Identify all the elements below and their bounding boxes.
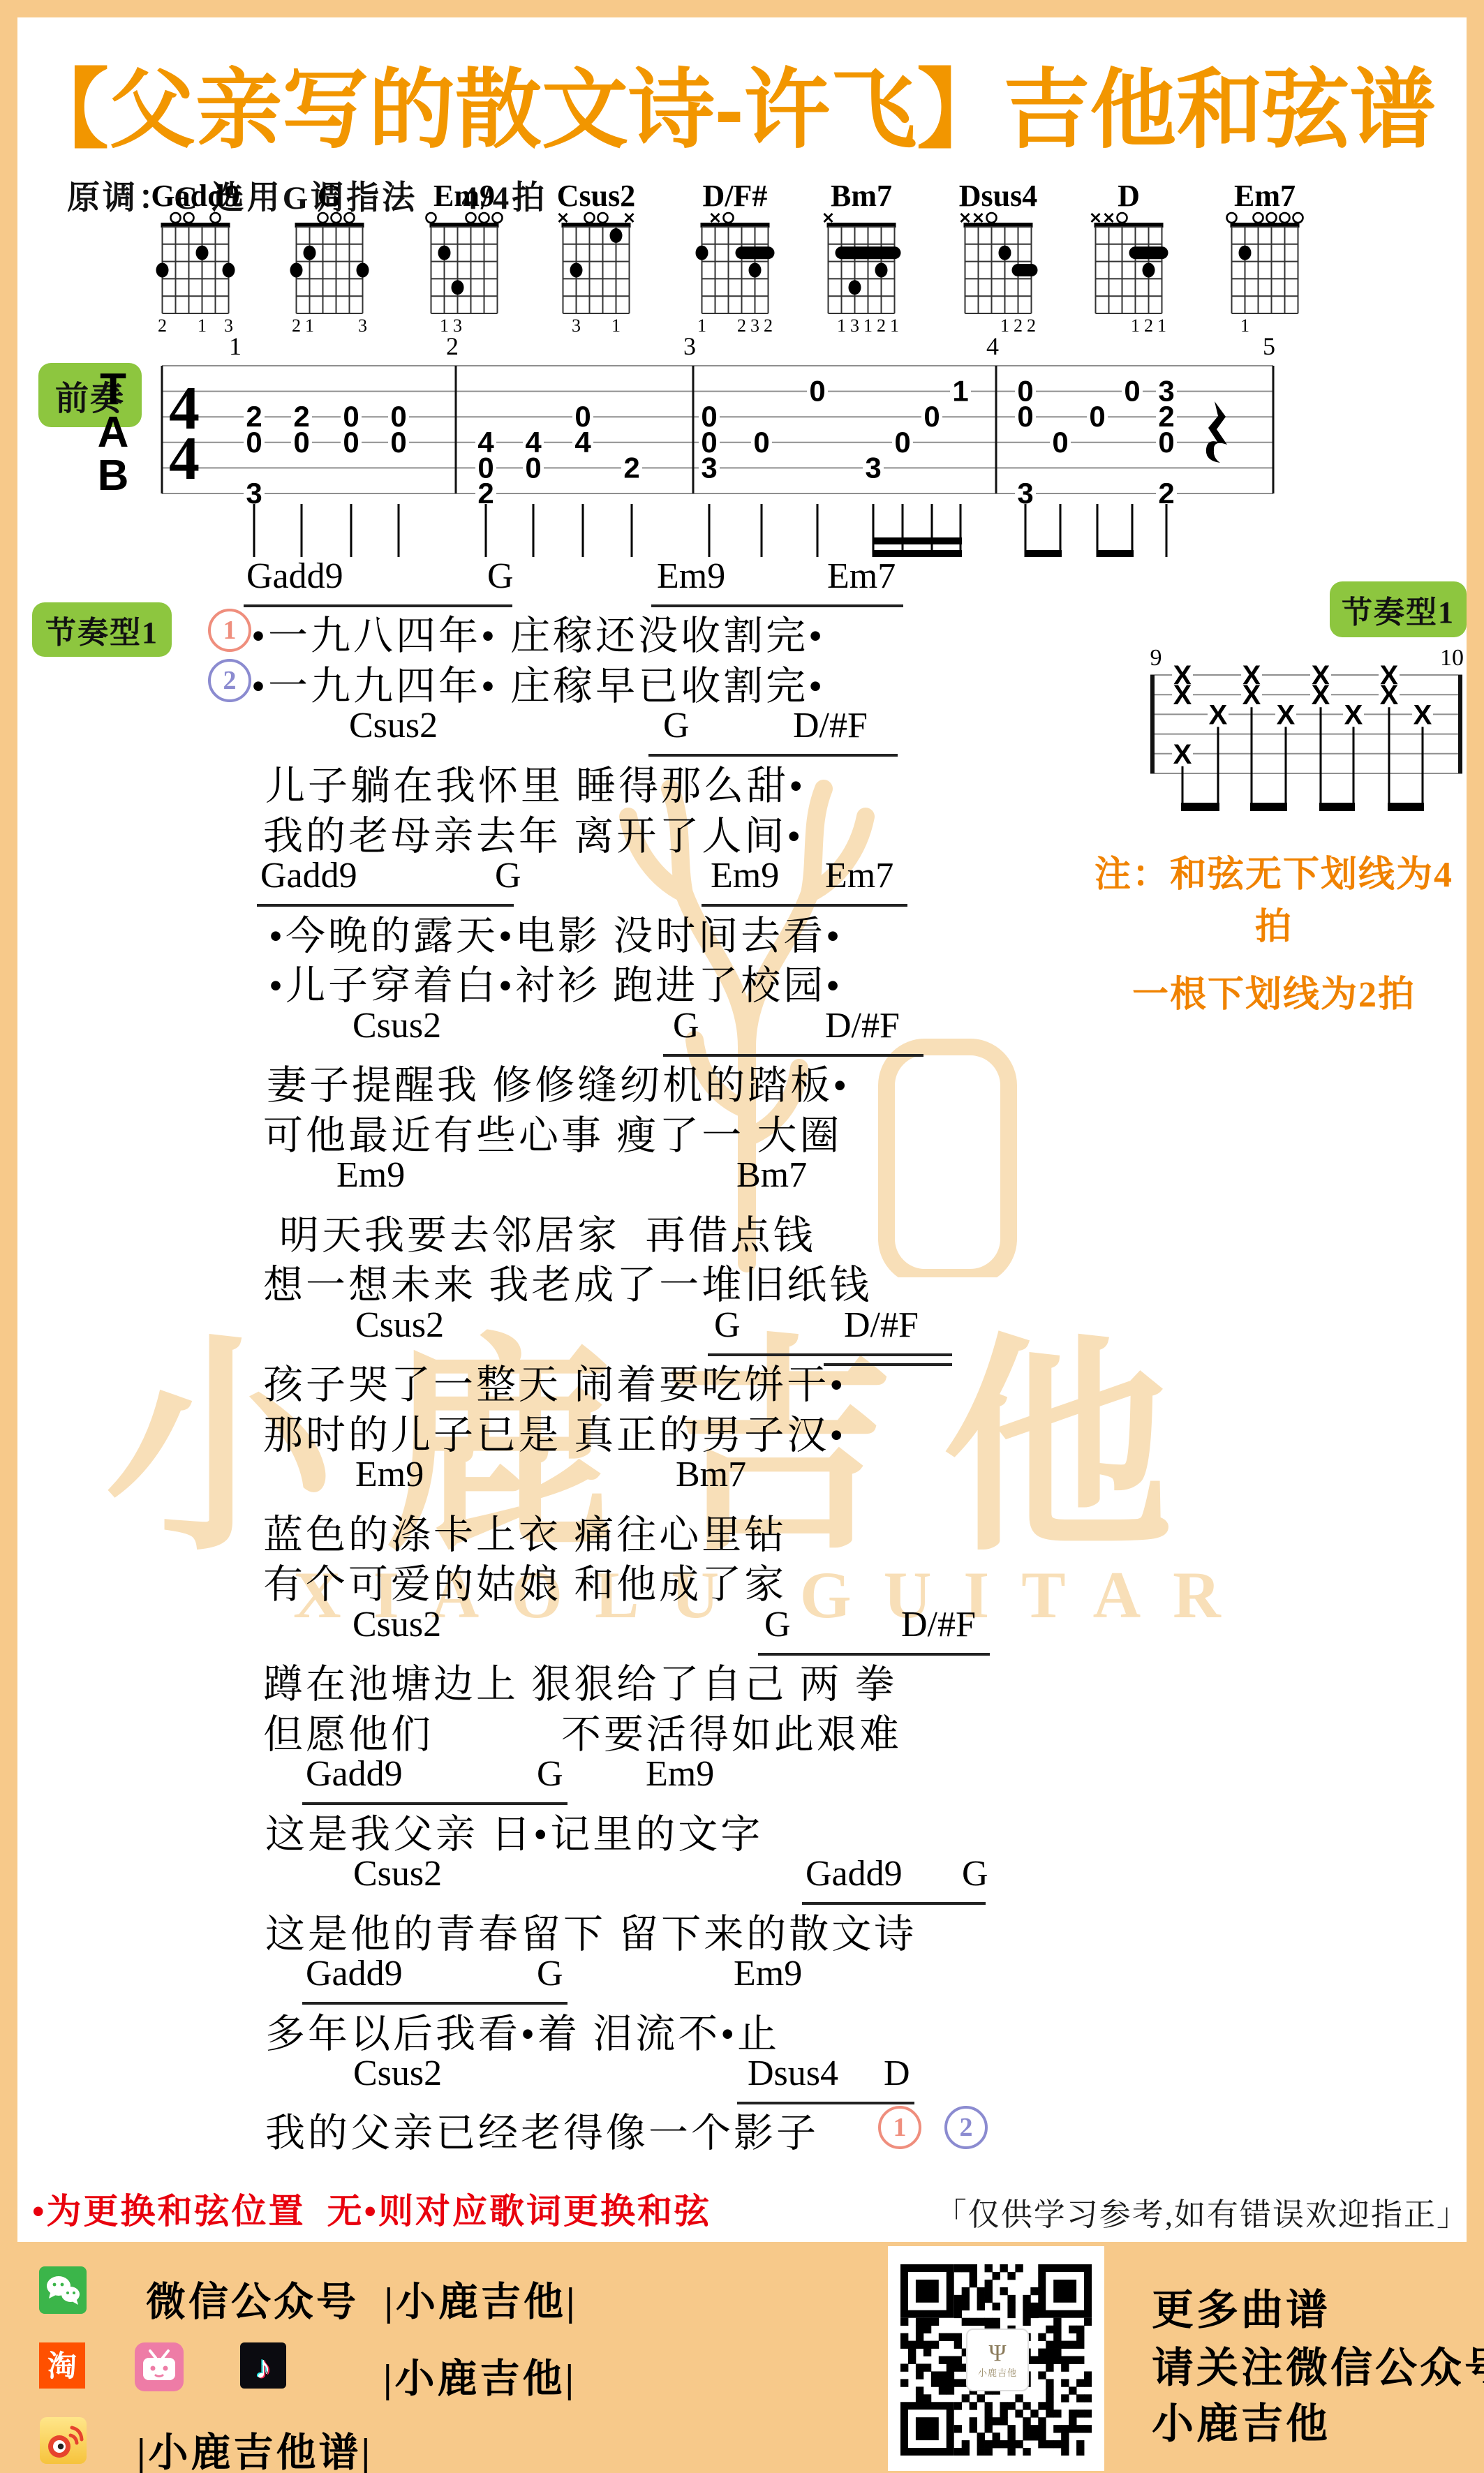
chord-label: Csus2 <box>353 2053 442 2094</box>
svg-text:0: 0 <box>246 426 262 459</box>
lyric-line: 这是他的青春留下 留下来的散文诗 <box>265 1902 917 1959</box>
chord-name: D <box>1118 179 1140 213</box>
svg-text:0: 0 <box>1089 400 1105 433</box>
qr-logo-text: 小鹿吉他 <box>978 2366 1017 2379</box>
beat-note-line1: 注：和弦无下划线为4拍 <box>1078 845 1469 949</box>
chord-label: Em7 <box>827 556 896 597</box>
wechat-icon <box>39 2266 87 2314</box>
svg-text:淘: 淘 <box>47 2350 77 2383</box>
lyric-line: 妻子提醒我 修修缝纫机的踏板• <box>267 1053 849 1111</box>
chord-label: Em9 <box>657 556 725 597</box>
svg-text:10: 10 <box>1440 645 1464 671</box>
svg-text:0: 0 <box>809 375 825 408</box>
svg-text:X: X <box>1413 699 1432 730</box>
svg-text:0: 0 <box>343 426 359 459</box>
chord-name: Em9 <box>433 179 495 213</box>
chord-label: D/#F <box>825 1005 900 1046</box>
lyric-line: •一九八四年• 庄稼还没收割完• <box>251 604 825 661</box>
chord-label: G <box>673 1005 699 1046</box>
svg-text:5: 5 <box>1263 332 1275 360</box>
svg-text:X: X <box>1312 680 1330 711</box>
verse-mark-2: 2 <box>208 659 251 702</box>
lyric-line: 想一想未来 我老成了一堆旧纸钱 <box>263 1253 872 1310</box>
sheet-screen: 小鹿吉他 XIAOLU GUITAR 【父亲写的散文诗-许飞】吉他和弦谱 原调：… <box>0 0 1484 2473</box>
chord-label: Csus2 <box>353 1005 441 1046</box>
douyin-icon: ♪ ♪ ♪ <box>240 2342 286 2389</box>
rhythm-pattern-staff: 910XXXXXXXXXXXXX <box>1075 628 1484 852</box>
chord-label: Bm7 <box>736 1154 807 1196</box>
svg-text:4: 4 <box>169 425 200 493</box>
chord-label: Bm7 <box>676 1454 746 1495</box>
svg-text:X: X <box>1173 739 1192 770</box>
chord-label: Em9 <box>646 1753 714 1795</box>
intro-tab-staff: 12345TAB44203200000402400420030030010030… <box>0 321 1484 572</box>
chord-diagram-Csus2: Csus231 <box>544 178 648 339</box>
svg-text:3: 3 <box>701 451 717 484</box>
svg-text:T: T <box>100 365 126 413</box>
verse-mark-1: 1 <box>208 609 251 652</box>
lyric-line: •一九九四年• 庄稼早已收割完• <box>251 654 825 711</box>
chord-label: D/#F <box>793 705 868 746</box>
qr-side-text-1: 更多曲谱 <box>1152 2277 1330 2337</box>
chord-name: Dsus4 <box>959 179 1038 213</box>
svg-text:4: 4 <box>986 332 999 360</box>
verse-mark-2: 2 <box>944 2106 988 2149</box>
qr-code: Ψ 小鹿吉他 <box>888 2246 1104 2471</box>
chord-label: Csus2 <box>355 1305 444 1346</box>
chord-label: Em9 <box>734 1953 802 1994</box>
svg-text:X: X <box>1380 680 1399 711</box>
lyric-line: 我的老母亲去年 离开了人间• <box>263 804 803 861</box>
weibo-account-text: |小鹿吉他谱| <box>137 2421 373 2473</box>
rhythm-pattern-label-left: 节奏型1 <box>32 602 172 657</box>
chord-label: Csus2 <box>349 705 438 746</box>
lyric-line: 多年以后我看•着 泪流不•止 <box>265 2002 780 2059</box>
svg-text:0: 0 <box>753 426 769 459</box>
weibo-icon <box>40 2417 87 2464</box>
bilibili-icon <box>135 2342 184 2391</box>
qr-center-logo: Ψ 小鹿吉他 <box>966 2329 1029 2391</box>
lyric-line: 但愿他们 不要活得如此艰难 <box>263 1702 902 1760</box>
chord-diagram-Gadd9: Gadd9213 <box>143 178 248 339</box>
chord-label: Gadd9 <box>806 1853 903 1894</box>
chord-label: G <box>487 556 514 597</box>
svg-text:A: A <box>98 408 129 456</box>
svg-text:4: 4 <box>574 426 591 459</box>
chord-label: Em9 <box>336 1154 405 1196</box>
chord-label: Em9 <box>711 855 779 896</box>
svg-text:0: 0 <box>293 426 309 459</box>
svg-text:3: 3 <box>683 332 696 360</box>
lyric-line: 我的父亲已经老得像一个影子 <box>265 2101 819 2158</box>
svg-text:0: 0 <box>894 426 910 459</box>
chord-label: G <box>714 1305 741 1346</box>
lyric-line: •今晚的露天•电影 没时间去看• <box>269 904 843 961</box>
svg-text:B: B <box>98 452 129 500</box>
chord-diagram-D: D121 <box>1076 178 1181 339</box>
lyric-line: 孩子哭了一整天 闹着要吃饼干• <box>263 1353 846 1410</box>
chord-label: Gadd9 <box>306 1753 403 1795</box>
taobao-icon: 淘 <box>39 2342 85 2389</box>
chord-label: Gadd9 <box>246 556 343 597</box>
chord-diagram-DF: D/F#1232 <box>683 178 787 339</box>
chord-label: G <box>962 1853 988 1894</box>
lyric-line: •儿子穿着白•衬衫 跑进了校园• <box>269 953 843 1011</box>
chord-label: G <box>537 1753 563 1795</box>
chord-label: D/#F <box>844 1305 919 1346</box>
svg-text:X: X <box>1209 699 1228 730</box>
chord-name: G <box>318 179 341 213</box>
chord-label: D/#F <box>901 1604 976 1645</box>
chord-label: Csus2 <box>353 1604 441 1645</box>
svg-text:2: 2 <box>623 451 639 484</box>
chord-name: D/F# <box>703 179 768 213</box>
chord-diagram-G: G213 <box>277 178 382 339</box>
svg-text:X: X <box>1277 699 1296 730</box>
qr-side-text-3: 小鹿吉他 <box>1152 2391 1330 2451</box>
page-title: 【父亲写的散文诗-许飞】吉他和弦谱 <box>22 40 1436 165</box>
svg-text:0: 0 <box>1124 375 1140 408</box>
chord-label: Gadd9 <box>260 855 357 896</box>
wechat-account-text: 微信公众号 |小鹿吉他| <box>146 2270 578 2327</box>
deer-logo-glyph: Ψ <box>988 2342 1006 2366</box>
beat-note-line2: 一根下划线为2拍 <box>1078 965 1469 1017</box>
chord-label: G <box>764 1604 791 1645</box>
lyric-line: 蹲在池塘边上 狠狠给了自己 两 拳 <box>263 1652 898 1709</box>
lyric-line: 蓝色的涤卡上衣 痛往心里钻 <box>263 1503 787 1560</box>
lyric-line: 这是我父亲 日•记里的文字 <box>265 1802 763 1859</box>
lyric-line: 那时的儿子已是 真正的男子汉• <box>263 1403 846 1460</box>
svg-text:0: 0 <box>525 451 541 484</box>
chord-label: Em9 <box>355 1454 424 1495</box>
chord-name: Gadd9 <box>151 179 239 213</box>
svg-text:9: 9 <box>1150 645 1162 671</box>
lyric-line: 有个可爱的姑娘 和他成了家 <box>263 1552 787 1610</box>
svg-text:0: 0 <box>1158 426 1174 459</box>
chord-label: G <box>537 1953 563 1994</box>
chord-label: G <box>495 855 521 896</box>
svg-text:X: X <box>1242 680 1261 711</box>
svg-text:♪: ♪ <box>255 2349 272 2385</box>
svg-text:0: 0 <box>923 400 940 433</box>
lyric-line: 明天我要去邻居家 再借点钱 <box>279 1203 816 1261</box>
svg-text:X: X <box>1344 699 1363 730</box>
chord-label: Em7 <box>825 855 893 896</box>
svg-text:1: 1 <box>952 375 968 408</box>
lyric-line: 儿子躺在我怀里 睡得那么甜• <box>265 754 806 811</box>
svg-text:2: 2 <box>446 332 459 360</box>
social-account-text: |小鹿吉他| <box>383 2347 577 2404</box>
chord-diagram-Bm7: Bm713121 <box>809 178 914 339</box>
chord-diagram-Em9: Em913 <box>412 178 517 339</box>
chord-name: Csus2 <box>557 179 636 213</box>
chord-label: G <box>663 705 690 746</box>
verse-mark-1: 1 <box>878 2106 921 2149</box>
lyric-line: 可他最近有些心事 瘦了一 大圈 <box>263 1104 843 1161</box>
chord-label: D <box>884 2053 910 2094</box>
disclaimer: 「仅供学习参考,如有错误欢迎指正」 <box>900 2189 1469 2234</box>
svg-text:0: 0 <box>1017 400 1033 433</box>
legend-red-note: •为更换和弦位置 无•则对应歌词更换和弦 <box>32 2183 711 2234</box>
chord-label: Dsus4 <box>748 2053 838 2094</box>
chord-name: Em7 <box>1234 179 1296 213</box>
chord-label: Gadd9 <box>306 1953 403 1994</box>
beat-note: 注：和弦无下划线为4拍 一根下划线为2拍 <box>1078 845 1469 1017</box>
qr-side-text-2: 请关注微信公众号 <box>1152 2335 1484 2395</box>
svg-text:0: 0 <box>390 426 406 459</box>
chord-name: Bm7 <box>831 179 892 213</box>
svg-text:3: 3 <box>865 451 881 484</box>
chord-label: Csus2 <box>353 1853 442 1894</box>
chord-diagram-Dsus4: Dsus4122 <box>946 178 1051 339</box>
svg-text:0: 0 <box>1052 426 1068 459</box>
svg-text:X: X <box>1173 680 1192 711</box>
chord-diagram-Em7: Em71 <box>1212 178 1317 339</box>
svg-text:1: 1 <box>229 332 242 360</box>
